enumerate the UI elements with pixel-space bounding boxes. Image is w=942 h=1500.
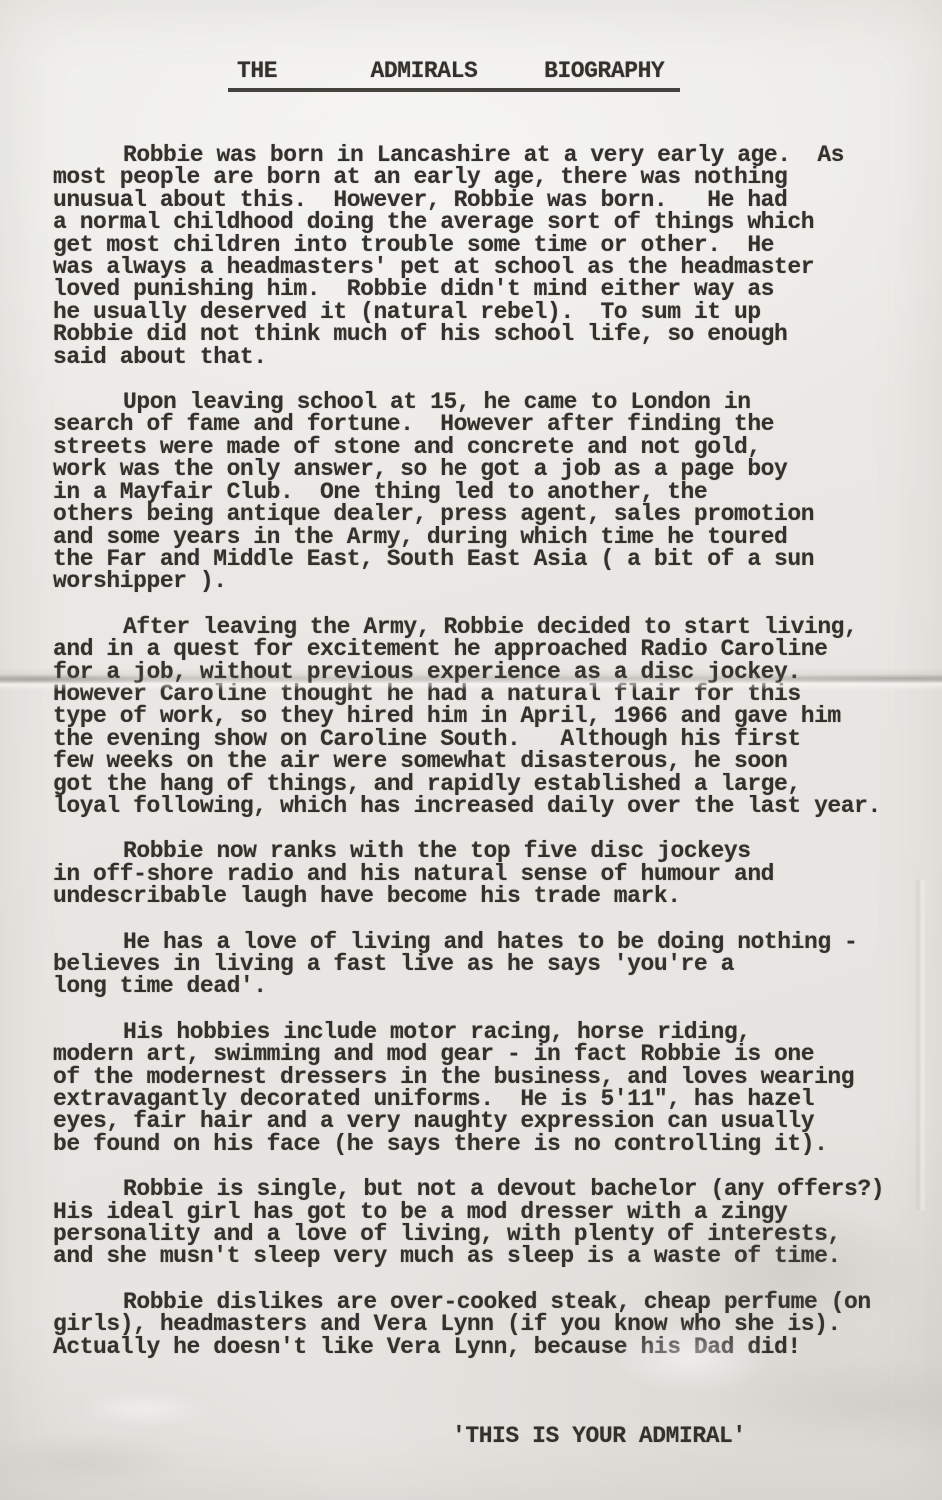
document-body: Robbie was born in Lancashire at a very … — [0, 92, 942, 1448]
document-title: THE ADMIRALS BIOGRAPHY — [228, 56, 680, 92]
paragraph-5: He has a love of living and hates to be … — [53, 931, 912, 998]
paragraph-8: Robbie dislikes are over-cooked steak, c… — [53, 1291, 912, 1358]
paragraph-4: Robbie now ranks with the top five disc … — [53, 840, 912, 907]
closing-line: 'THIS IS YOUR ADMIRAL' — [53, 1425, 912, 1447]
paragraph-3: After leaving the Army, Robbie decided t… — [53, 616, 912, 818]
paragraph-6: His hobbies include motor racing, horse … — [53, 1021, 912, 1155]
title-row: THE ADMIRALS BIOGRAPHY — [0, 0, 942, 92]
document-page: THE ADMIRALS BIOGRAPHY Robbie was born i… — [0, 0, 942, 1500]
paragraph-2: Upon leaving school at 15, he came to Lo… — [53, 391, 912, 593]
paragraph-7: Robbie is single, but not a devout bache… — [53, 1178, 912, 1268]
paragraph-1: Robbie was born in Lancashire at a very … — [53, 144, 912, 368]
